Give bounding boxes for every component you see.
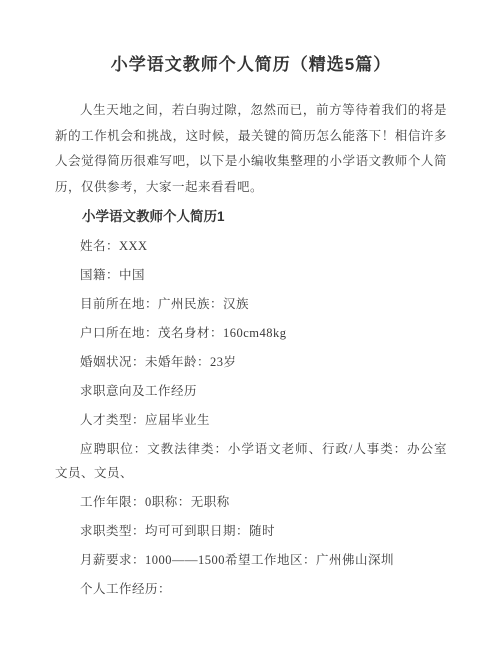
- resume-field-position: 应聘职位：文教法律类：小学语文老师、行政/人事类：办公室文员、文员、: [55, 437, 447, 485]
- document-content: 小学语文教师个人简历（精选5篇） 人生天地之间，若白驹过隙，忽然而已，前方等待着…: [0, 0, 500, 601]
- resume-field-work-experience: 个人工作经历：: [55, 577, 447, 601]
- section-heading: 小学语文教师个人简历1: [55, 205, 447, 229]
- resume-field-job-type: 求职类型：均可可到职日期：随时: [55, 519, 447, 543]
- intro-paragraph: 人生天地之间，若白驹过隙，忽然而已，前方等待着我们的将是新的工作机会和挑战，这时…: [55, 98, 447, 200]
- resume-field-location: 目前所在地：广州民族：汉族: [55, 292, 447, 316]
- document-page: 小学语文教师个人简历（精选5篇） 人生天地之间，若白驹过隙，忽然而已，前方等待着…: [0, 0, 500, 647]
- resume-field-intention-title: 求职意向及工作经历: [55, 379, 447, 403]
- resume-field-marital-status: 婚姻状况：未婚年龄：23岁: [55, 350, 447, 374]
- resume-field-nationality: 国籍：中国: [55, 263, 447, 287]
- resume-field-name: 姓名：XXX: [55, 234, 447, 258]
- resume-field-talent-type: 人才类型：应届毕业生: [55, 408, 447, 432]
- resume-field-salary: 月薪要求：1000——1500希望工作地区：广州佛山深圳: [55, 548, 447, 572]
- resume-field-work-years: 工作年限：0职称：无职称: [55, 490, 447, 514]
- resume-field-residence: 户口所在地：茂名身材：160cm48kg: [55, 321, 447, 345]
- document-title: 小学语文教师个人简历（精选5篇）: [55, 52, 447, 78]
